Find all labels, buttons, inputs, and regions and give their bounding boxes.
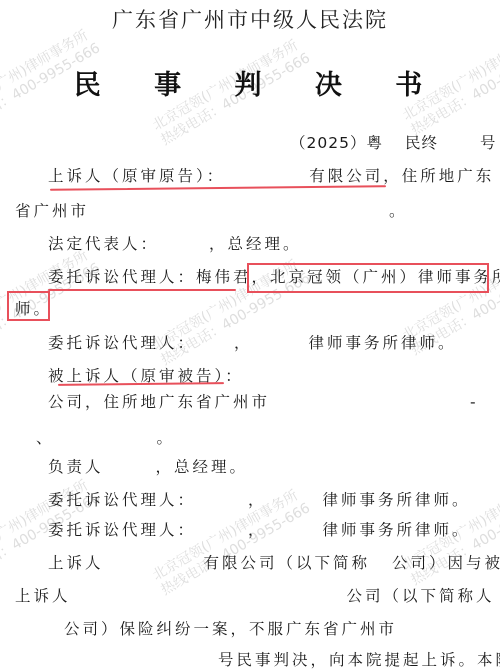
appellee-address-line: 公司，住所地广东省广州市- [48, 390, 479, 412]
court-name: 广东省广州市中级人民法院 [0, 4, 500, 34]
agent1-label: 委托诉讼代理人：梅伟君， [48, 268, 270, 286]
legal-rep-text: ，总经理。 [209, 235, 302, 253]
body-line-4: 号民事判决，向本院提起上诉。本院 [218, 648, 500, 670]
red-box-annotation [7, 291, 50, 321]
body-line-3: 公司）保险纠纷一案，不服广东省广州市 [64, 617, 397, 639]
case-number-suffix: 号 [480, 134, 497, 152]
red-underline-annotation [48, 289, 236, 291]
body-line-1: 上诉人有限公司（以下简称公司）因与被 [48, 551, 500, 573]
appellee-address-line-2: 、。 [36, 426, 175, 448]
agent-line-2: 委托诉讼代理人：，律师事务所律师。 [48, 331, 457, 353]
agent-line-4: 委托诉讼代理人：，律师事务所律师。 [48, 518, 471, 540]
responsible-label: 负责人 [48, 458, 104, 476]
case-number-prefix: （2025）粤 [290, 134, 383, 152]
document-title: 民 事 判 决 书 [0, 63, 500, 102]
address-end: 。 [389, 202, 408, 220]
case-number-middle: 民终 [405, 134, 438, 152]
address-text: 省广州市 [15, 202, 89, 220]
appellant-address-line: 省广州市。 [15, 199, 408, 221]
responsible-line: 负责人，总经理。 [48, 455, 248, 477]
appellant-label: 上诉人（原审原告）： [48, 167, 225, 185]
agent2-text: 律师事务所律师。 [309, 334, 457, 352]
body-line-2: 上诉人公司（以下简称人 [15, 584, 495, 606]
legal-rep-label: 法定代表人： [48, 235, 159, 253]
judgment-document: 广东省广州市中级人民法院 民 事 判 决 书 （2025）粤民终号 上诉人（原审… [0, 0, 500, 670]
appellant-line: 上诉人（原审原告）：有限公司，住所地广东 [48, 164, 494, 186]
red-box-annotation [247, 263, 489, 293]
appellant-text: 有限公司，住所地广东 [309, 167, 494, 185]
agent2-label: 委托诉讼代理人： [48, 334, 196, 352]
agent-line-3: 委托诉讼代理人：，律师事务所律师。 [48, 488, 471, 510]
legal-rep-line: 法定代表人：，总经理。 [48, 232, 302, 254]
red-underline-annotation [50, 185, 386, 191]
appellee-address: 公司，住所地广东省广州市 [48, 393, 270, 411]
case-number: （2025）粤民终号 [290, 131, 496, 153]
